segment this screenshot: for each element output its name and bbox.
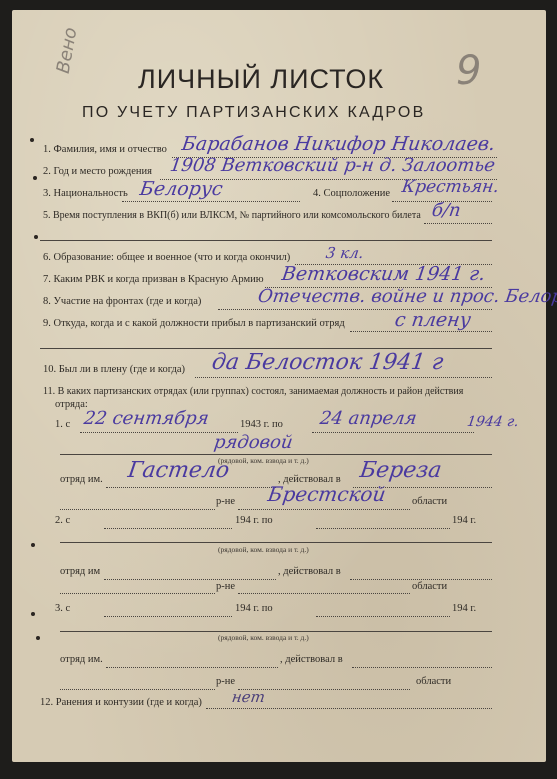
- entry-3-region-label: области: [416, 676, 451, 687]
- field-line: [60, 689, 215, 690]
- entry-1-number: 1. с: [55, 419, 70, 430]
- entry-3-year-from: 194 г. по: [235, 603, 273, 614]
- entry-3-district-label: р-не: [216, 676, 235, 687]
- entry-2-detachment-label: отряд им: [60, 566, 100, 577]
- entry-2-year-to: 194 г.: [452, 515, 476, 526]
- field-line: [60, 631, 492, 632]
- field-line: [352, 667, 492, 668]
- entry-3-detachment-label: отряд им.: [60, 654, 103, 665]
- field-value-wounds: нет: [231, 688, 267, 706]
- entry-3-year-to: 194 г.: [452, 603, 476, 614]
- field-value-fronts: Отечеств. войне и прос. Белор.: [257, 286, 557, 307]
- field-line: [122, 201, 300, 202]
- field-line: [424, 223, 492, 224]
- entry-2-position-hint: (рядовой, ком. взвода и т. д.): [218, 545, 309, 554]
- binder-hole: [31, 612, 35, 616]
- entry-1-position-hint: (рядовой, ком. взвода и т. д.): [218, 456, 309, 465]
- document-title: ЛИЧНЫЙ ЛИСТОК: [138, 64, 384, 95]
- entry-1-district-label: р-не: [216, 496, 235, 507]
- field-label-nationality: 3. Национальность: [43, 188, 128, 199]
- entry-2-operated-label: , действовал в: [278, 566, 341, 577]
- entry-2-number: 2. с: [55, 515, 70, 526]
- entry-1-operated-in: Береза: [358, 458, 443, 483]
- entry-3-number: 3. с: [55, 603, 70, 614]
- field-line: [195, 377, 492, 378]
- field-line: [106, 667, 278, 668]
- binder-hole: [33, 176, 37, 180]
- field-label-party-membership: 5. Время поступления в ВКП(б) или ВЛКСМ,…: [43, 210, 421, 221]
- entry-2-year-from: 194 г. по: [235, 515, 273, 526]
- field-label-detachments-cont: отряда:: [55, 399, 88, 410]
- field-line: [104, 528, 232, 529]
- field-line: [316, 528, 450, 529]
- field-line: [60, 509, 215, 510]
- entry-1-region: Брестской: [266, 482, 387, 506]
- field-value-captivity: да Белосток 1941 г: [210, 350, 445, 375]
- document-subtitle: ПО УЧЕТУ ПАРТИЗАНСКИХ КАДРОВ: [82, 104, 425, 122]
- field-label-arrival: 9. Откуда, когда и с какой должности при…: [43, 318, 345, 329]
- field-label-fullname: 1. Фамилия, имя и отчество: [43, 144, 167, 155]
- field-line: [60, 542, 492, 543]
- field-value-education: 3 кл.: [325, 244, 365, 262]
- field-label-education: 6. Образование: общее и военное (что и к…: [43, 252, 290, 263]
- entry-1-year-from: 1943 г. по: [240, 419, 283, 430]
- field-line: [106, 487, 276, 488]
- entry-1-region-label: области: [412, 496, 447, 507]
- entry-1-to-year: 1944 г.: [466, 414, 520, 430]
- entry-1-to: 24 апреля: [319, 408, 418, 429]
- field-label-fronts: 8. Участие на фронтах (где и когда): [43, 296, 201, 307]
- entry-1-detachment: Гастело: [126, 458, 231, 483]
- entry-1-from: 22 сентября: [83, 408, 211, 429]
- field-label-wounds: 12. Ранения и контузии (где и когда): [40, 697, 202, 708]
- entry-1-detachment-label: отряд им.: [60, 474, 103, 485]
- field-line: [312, 432, 474, 433]
- field-line: [350, 331, 492, 332]
- field-label-captivity: 10. Был ли в плену (где и когда): [43, 364, 185, 375]
- field-value-conscription: Ветковским 1941 г.: [280, 263, 486, 285]
- field-label-social-status: 4. Соцположение: [313, 188, 390, 199]
- corner-number-mark: 9: [456, 48, 481, 94]
- field-label-conscription: 7. Каким РВК и когда призван в Красную А…: [43, 274, 264, 285]
- binder-hole: [36, 636, 40, 640]
- entry-3-position-hint: (рядовой, ком. взвода и т. д.): [218, 633, 309, 642]
- field-value-arrival: с плену: [393, 309, 472, 331]
- binder-hole: [31, 543, 35, 547]
- field-value-social-status: Крестьян.: [401, 177, 501, 197]
- field-line: [60, 593, 215, 594]
- field-line: [40, 348, 492, 349]
- field-line: [316, 616, 450, 617]
- field-line: [104, 579, 276, 580]
- field-label-birth: 2. Год и место рождения: [43, 166, 152, 177]
- binder-hole: [34, 235, 38, 239]
- field-line: [104, 616, 232, 617]
- field-value-nationality: Белорус: [138, 178, 224, 200]
- field-value-party-membership: б/п: [431, 200, 463, 221]
- field-value-birth: 1908 Ветковский р-н д. Залоотье: [169, 155, 497, 176]
- field-line: [40, 240, 492, 241]
- field-line: [206, 708, 492, 709]
- field-line: [350, 579, 492, 580]
- binder-hole: [30, 138, 34, 142]
- field-line: [238, 593, 410, 594]
- field-line: [238, 509, 410, 510]
- field-label-detachments: 11. В каких партизанских отрядах (или гр…: [43, 386, 463, 397]
- field-value-fullname: Барабанов Никифор Николаев.: [180, 133, 496, 155]
- entry-2-region-label: области: [412, 581, 447, 592]
- entry-3-operated-label: , действовал в: [280, 654, 343, 665]
- entry-1-position: рядовой: [213, 432, 295, 453]
- entry-2-district-label: р-не: [216, 581, 235, 592]
- field-line: [60, 454, 492, 455]
